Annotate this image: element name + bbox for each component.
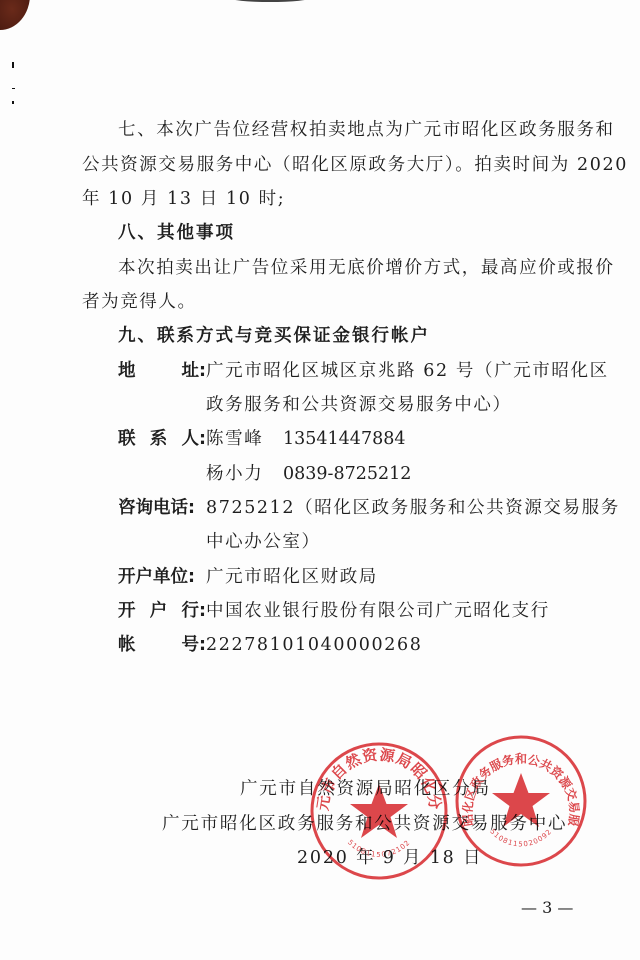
- contact-name-2: 杨小力: [206, 464, 263, 484]
- inquiry-line2: 中心办公室）: [206, 532, 321, 552]
- margin-mark: [12, 101, 14, 104]
- label-char: 户: [150, 601, 168, 621]
- section8-heading: 八、其他事项: [118, 223, 235, 243]
- section8-line2: 者为竞得人。: [82, 292, 197, 312]
- address-line2: 政务服务和公共资源交易服务中心）: [206, 395, 512, 415]
- contact-name-1: 陈雪峰: [206, 429, 263, 449]
- page-number: — 3 —: [521, 898, 573, 918]
- star-icon: [492, 773, 550, 827]
- page-top-shadow: [230, 0, 310, 2]
- label-char: 帐: [118, 635, 136, 655]
- inquiry-label: 咨询电话:: [118, 498, 206, 518]
- label-char: 联: [118, 429, 136, 449]
- label-char: 址:: [182, 361, 207, 381]
- contact-phone-1: 13541447884: [283, 429, 405, 449]
- section7-line1: 七、本次广告位经营权拍卖地点为广元市昭化区政务服务和: [118, 120, 615, 140]
- address-label: 地 址:: [118, 361, 206, 381]
- account-unit-label: 开户单位:: [118, 567, 206, 587]
- seal-code: 5108115072102: [346, 838, 412, 858]
- label-char: 开: [118, 601, 136, 621]
- seal-code: 5108115020092: [488, 827, 553, 848]
- section9-heading: 九、联系方式与竞买保证金银行帐户: [118, 326, 430, 346]
- contact-phone-2: 0839-8725212: [283, 464, 411, 484]
- inquiry-line1: 8725212（昭化区政务服务和公共资源交易服务: [206, 498, 620, 518]
- address-line1: 广元市昭化区城区京兆路 62 号（广元市昭化区: [206, 361, 609, 381]
- label-char: 号:: [182, 635, 207, 655]
- label-char: 人:: [182, 429, 207, 449]
- section7-line3: 年 10 月 13 日 10 时;: [82, 189, 285, 209]
- label-char: 地: [118, 361, 136, 381]
- margin-mark: [12, 88, 15, 89]
- label-char: 系: [150, 429, 168, 449]
- bank-value: 中国农业银行股份有限公司广元昭化支行: [206, 601, 550, 621]
- margin-mark: [12, 62, 14, 68]
- contact-label: 联 系 人:: [118, 429, 206, 449]
- star-icon: [350, 784, 408, 838]
- section8-line1: 本次拍卖出让广告位采用无底价增价方式，最高应价或报价: [118, 258, 615, 278]
- label-char: 开户单位:: [118, 567, 195, 587]
- account-no-value: 22278101040000268: [206, 635, 422, 655]
- label-char: 咨询电话:: [118, 498, 195, 518]
- account-no-label: 帐 号:: [118, 635, 206, 655]
- section7-line2: 公共资源交易服务中心（昭化区原政务大厅）。拍卖时间为 2020: [82, 155, 628, 175]
- official-seal-1: 广元市自然资源局昭化分局 5108115072102: [308, 740, 450, 882]
- page-corner-shadow: [0, 0, 30, 30]
- account-unit-value: 广元市昭化区财政局: [206, 567, 378, 587]
- official-seal-2: 广元市昭化区政务服务和公共资源交易服务中心 5108115020092: [453, 733, 589, 869]
- bank-label: 开 户 行:: [118, 601, 206, 621]
- label-char: 行:: [182, 601, 207, 621]
